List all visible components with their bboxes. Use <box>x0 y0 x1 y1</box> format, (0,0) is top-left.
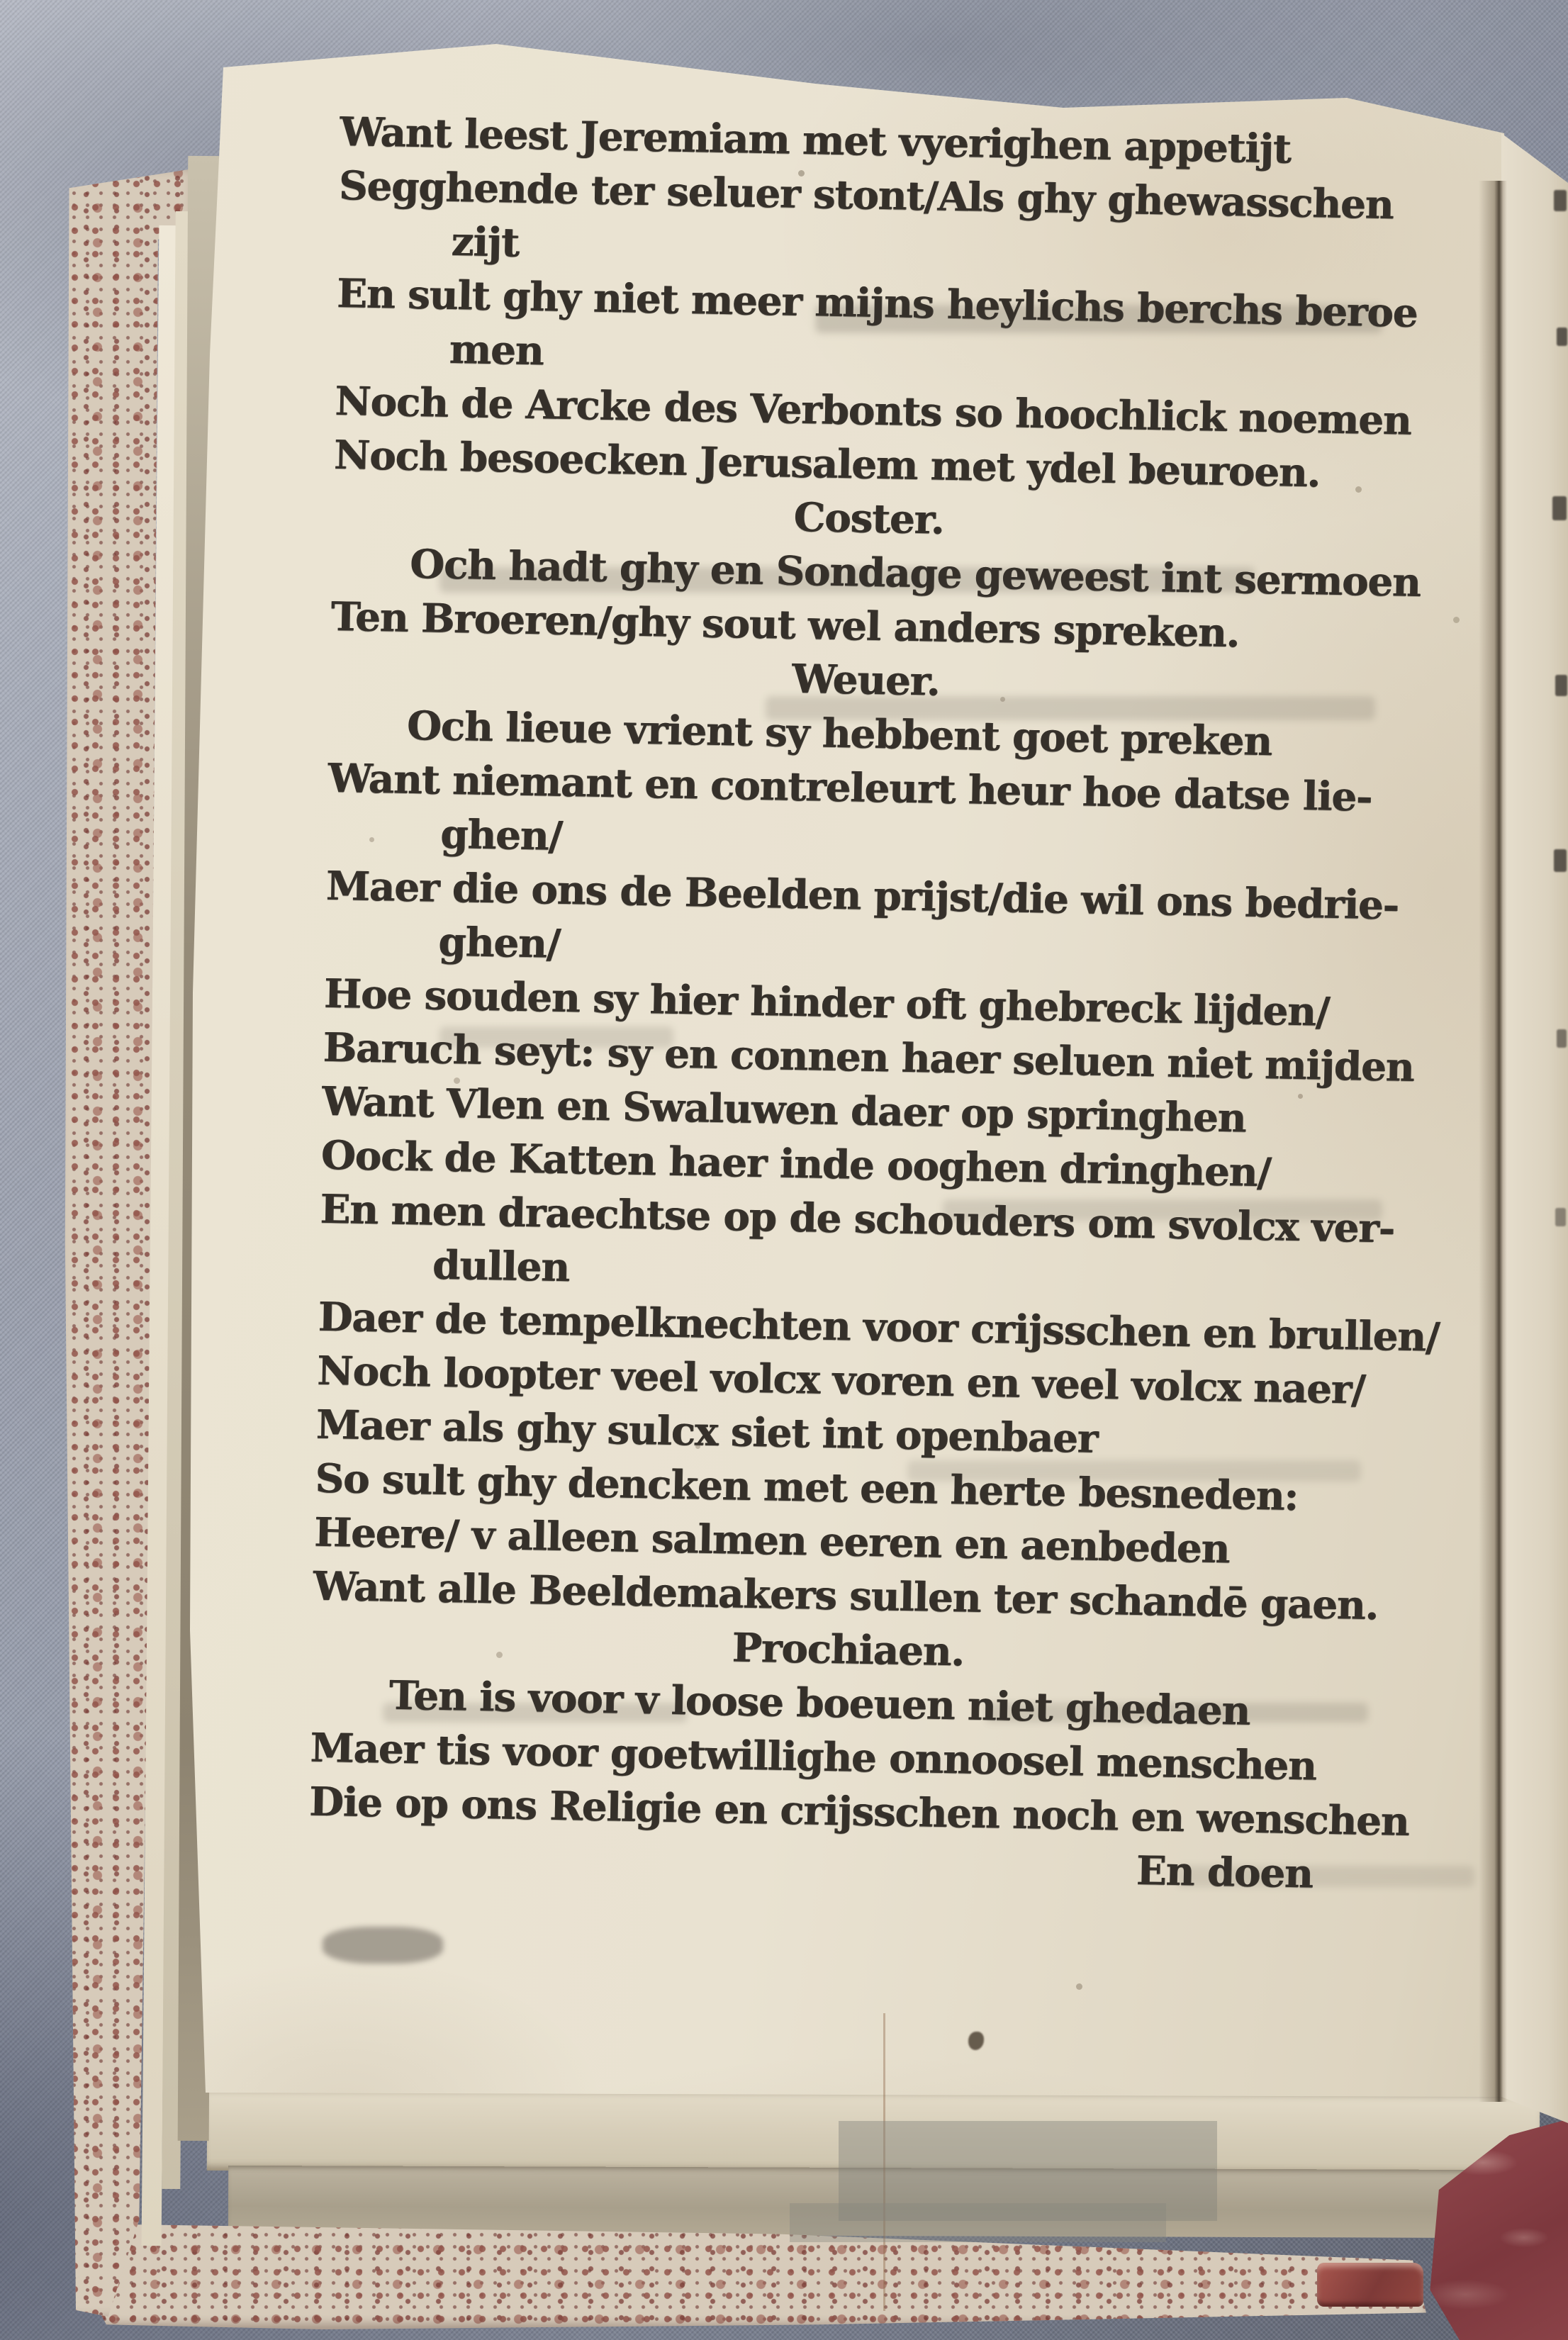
cutoff-type-fragment <box>1555 1208 1566 1226</box>
cutoff-type-fragment <box>1552 496 1567 520</box>
ink-smudge <box>323 1927 443 1964</box>
foxing-specks <box>0 0 4 4</box>
text-block: Want leest Jeremiam met vyerighen appeti… <box>308 105 1412 1902</box>
book-page: Want leest Jeremiam met vyerighen appeti… <box>0 0 1568 2340</box>
facing-page-sliver <box>1501 0 1568 2340</box>
red-leather-spine-tail <box>1317 2263 1423 2307</box>
cutoff-type-fragment <box>1555 675 1567 696</box>
cutoff-type-fragment <box>1557 328 1567 346</box>
cutoff-type-fragment <box>1554 190 1567 211</box>
gutter-shadow <box>1479 181 1507 2102</box>
cutoff-type-fragment <box>1557 1029 1567 1048</box>
blur-patch <box>790 2203 1166 2242</box>
photo-scene: Want leest Jeremiam met vyerighen appeti… <box>0 0 1568 2340</box>
cutoff-type-fragment <box>1554 849 1567 872</box>
ink-blot <box>968 2032 984 2050</box>
